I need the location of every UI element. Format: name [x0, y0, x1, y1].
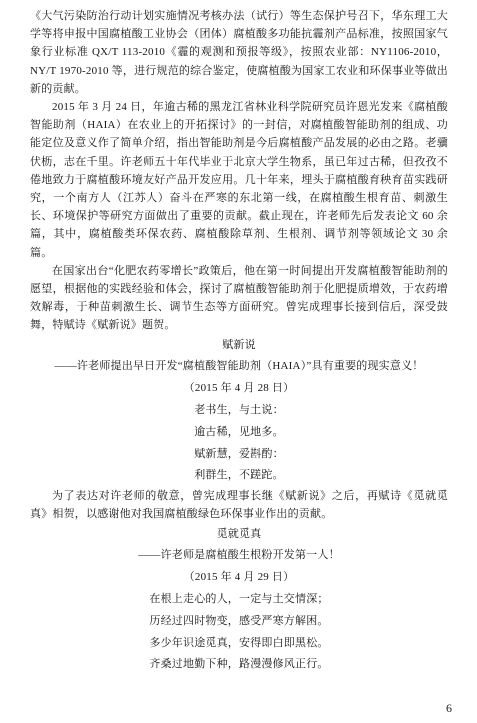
poem-fu-xin-shuo: 赋新说 ——许老师提出早日开发“腐植酸智能助剂（HAIA）”具有重要的现实意义！…: [30, 335, 448, 488]
poem-line: 齐桑过地勤下种，路漫漫修风正行。: [30, 654, 448, 676]
poem-line: 在根上走心的人，一定与土交情深；: [30, 589, 448, 611]
poem-dedication: ——许老师提出早日开发“腐植酸智能助剂（HAIA）”具有重要的现实意义！: [30, 356, 448, 378]
document-page: 《大气污染防治行动计划实施情况考核办法（试行）等生态保护号召下，华东理工大学等将…: [0, 0, 477, 676]
poem-date: （2015 年 4 月 28 日）: [30, 378, 448, 400]
paragraph-policy: 在国家出台“化肥农药零增长”政策后，他在第一时间提出开发腐植酸智能助剂的愿望，根…: [30, 262, 448, 335]
poem-line: 历经过四时物变，感受严寒方解困。: [30, 611, 448, 633]
poem-line: 多少年识途觅真，安得即白即黑松。: [30, 633, 448, 655]
poem-mi-jiu-mi-zhen: 觅就觅真 ——许老师是腐植酸生根粉开发第一人！ （2015 年 4 月 29 日…: [30, 524, 448, 677]
poem-date: （2015 年 4 月 29 日）: [30, 567, 448, 589]
poem-line: 逾古稀，见地多。: [30, 422, 448, 444]
poem-line: 赋新慧，爱斟酌：: [30, 444, 448, 466]
poem-line: 老书生，与土说：: [30, 400, 448, 422]
poem-dedication: ——许老师是腐植酸生根粉开发第一人！: [30, 545, 448, 567]
page-number: 6: [446, 701, 452, 715]
poem-title: 觅就觅真: [30, 524, 448, 546]
paragraph-tribute: 为了表达对许老师的敬意，曾宪成理事长继《赋新说》之后，再赋诗《觅就觅真》相贺，以…: [30, 487, 448, 523]
paragraph-letter: 2015 年 3 月 24 日，年逾古稀的黑龙江省林业科学院研究员许恩光发来《腐…: [30, 98, 448, 262]
paragraph-standards: 《大气污染防治行动计划实施情况考核办法（试行）等生态保护号召下，华东理工大学等将…: [30, 7, 448, 98]
poem-line: 利群生，不蹉跎。: [30, 465, 448, 487]
poem-title: 赋新说: [30, 335, 448, 357]
